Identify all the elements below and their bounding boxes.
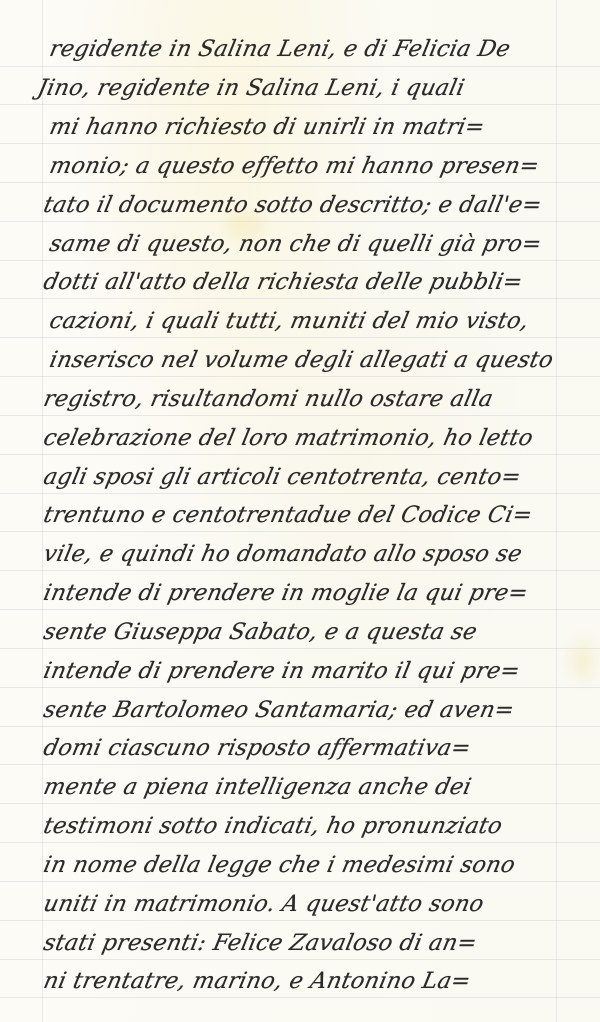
text-line-20: mente a piena intelligenza anche dei (40, 768, 568, 806)
text-line-15: intende di prendere in moglie la qui pre… (40, 574, 568, 612)
text-line-2: Jino, regidente in Salina Leni, i quali (34, 69, 562, 107)
text-line-11: celebrazione del loro matrimonio, ho let… (40, 419, 568, 457)
text-line-8: cazioni, i quali tutti, muniti del mio v… (46, 302, 574, 340)
document-page: regidente in Salina Leni, e di Felicia D… (0, 0, 600, 1022)
text-line-17: intende di prendere in marito il qui pre… (40, 652, 568, 690)
text-line-9: inserisco nel volume degli allegati a qu… (46, 341, 574, 379)
text-line-16: sente Giuseppa Sabato, e a questa se (40, 613, 568, 651)
text-line-14: vile, e quindi ho domandato allo sposo s… (40, 535, 568, 573)
text-line-5: tato il documento sotto descritto; e dal… (40, 186, 568, 224)
text-line-3: mi hanno richiesto di unirli in matri= (46, 108, 574, 146)
text-line-12: agli sposi gli articoli centotrenta, cen… (40, 458, 568, 496)
text-line-4: monio; a questo effetto mi hanno presen= (46, 147, 574, 185)
text-line-22: in nome della legge che i medesimi sono (40, 846, 568, 884)
text-line-25: ni trentatre, marino, e Antonino La= (40, 962, 568, 1000)
text-line-13: trentuno e centotrentadue del Codice Ci= (40, 496, 568, 534)
text-line-7: dotti all'atto della richiesta delle pub… (40, 263, 568, 301)
paper-stain (570, 640, 595, 680)
text-line-1: regidente in Salina Leni, e di Felicia D… (46, 30, 574, 68)
text-line-23: uniti in matrimonio. A quest'atto sono (40, 885, 568, 923)
text-line-19: domi ciascuno risposto affermativa= (40, 729, 568, 767)
text-line-6: same di questo, non che di quelli già pr… (46, 225, 574, 263)
text-line-21: testimoni sotto indicati, ho pronunziato (40, 807, 568, 845)
text-line-24: stati presenti: Felice Zavaloso di an= (40, 924, 568, 962)
text-line-18: sente Bartolomeo Santamaria; ed aven= (40, 691, 568, 729)
text-line-10: registro, risultandomi nullo ostare alla (40, 380, 568, 418)
